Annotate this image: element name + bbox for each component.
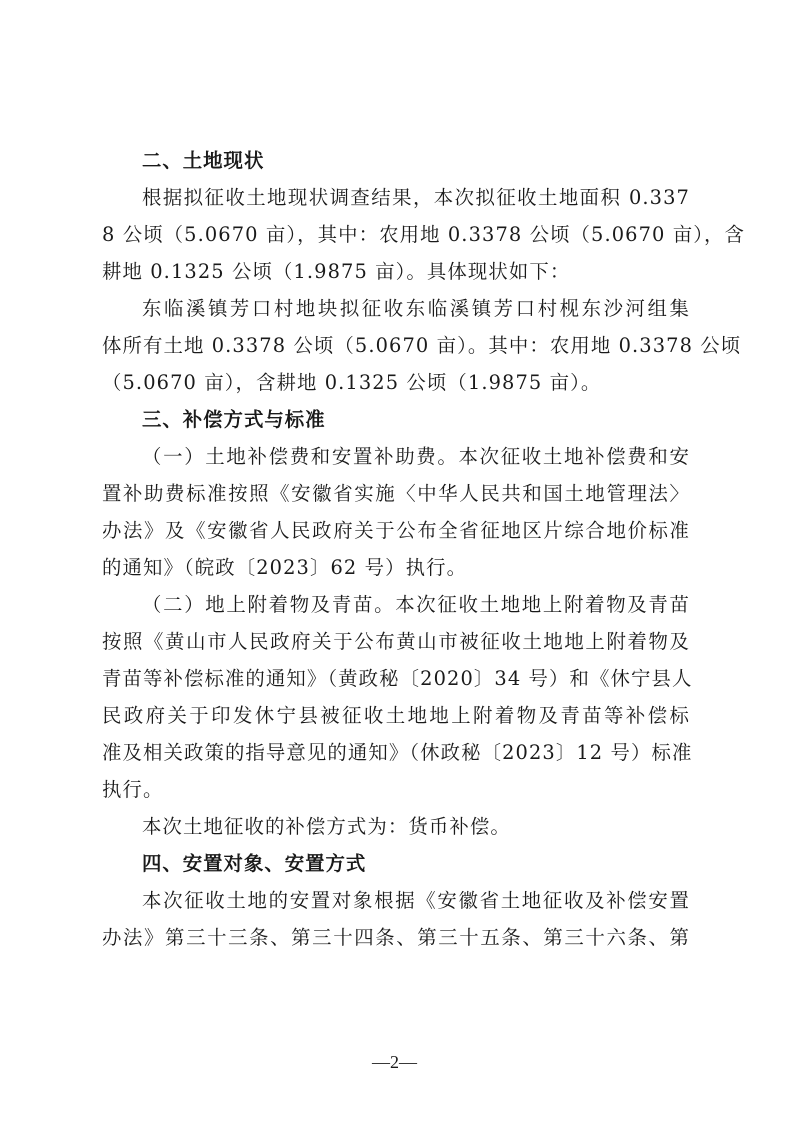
paragraph-line: 耕地 0.1325 公顷（1.9875 亩）。具体现状如下： — [102, 256, 570, 288]
paragraph-line: 体所有土地 0.3378 公顷（5.0670 亩）。其中：农用地 0.3378 … — [102, 330, 690, 362]
paragraph-line: 本次土地征收的补偿方式为：货币补偿。 — [102, 811, 511, 843]
paragraph-line: 办法》第三十三条、第三十四条、第三十五条、第三十六条、第 — [102, 922, 690, 954]
page-number: —2— — [0, 1052, 789, 1073]
paragraph-line: （二）地上附着物及青苗。本次征收土地地上附着物及青苗 — [102, 589, 690, 621]
paragraph-line: 办法》及《安徽省人民政府关于公布全省征地区片综合地价标准 — [102, 515, 690, 547]
paragraph-line: 民政府关于印发休宁县被征收土地地上附着物及青苗等补偿标 — [102, 700, 690, 732]
section-heading-resettlement: 四、安置对象、安置方式 — [102, 848, 366, 880]
paragraph-line: 本次征收土地的安置对象根据《安徽省土地征收及补偿安置 — [102, 885, 690, 917]
paragraph-line: （5.0670 亩），含耕地 0.1325 公顷（1.9875 亩）。 — [102, 367, 601, 399]
paragraph-line: 8 公顷（5.0670 亩），其中：农用地 0.3378 公顷（5.0670 亩… — [102, 219, 690, 251]
paragraph-line: 的通知》（皖政〔2023〕62 号）执行。 — [102, 552, 467, 584]
paragraph-line: 根据拟征收土地现状调查结果，本次拟征收土地面积 0.337 — [102, 182, 690, 214]
paragraph-line: 青苗等补偿标准的通知》（黄政秘〔2020〕34 号）和《休宁县人 — [102, 663, 690, 695]
paragraph-line: 置补助费标准按照《安徽省实施〈中华人民共和国土地管理法〉 — [102, 478, 690, 510]
paragraph-line: 按照《黄山市人民政府关于公布黄山市被征收土地地上附着物及 — [102, 626, 690, 658]
section-heading-compensation: 三、补偿方式与标准 — [102, 404, 326, 436]
paragraph-line: （一）土地补偿费和安置补助费。本次征收土地补偿费和安 — [102, 441, 690, 473]
paragraph-line: 东临溪镇芳口村地块拟征收东临溪镇芳口村枧东沙河组集 — [102, 293, 690, 325]
section-heading-land-status: 二、土地现状 — [102, 145, 264, 177]
paragraph-line: 执行。 — [102, 774, 163, 806]
paragraph-line: 准及相关政策的指导意见的通知》（休政秘〔2023〕12 号）标准 — [102, 737, 690, 769]
